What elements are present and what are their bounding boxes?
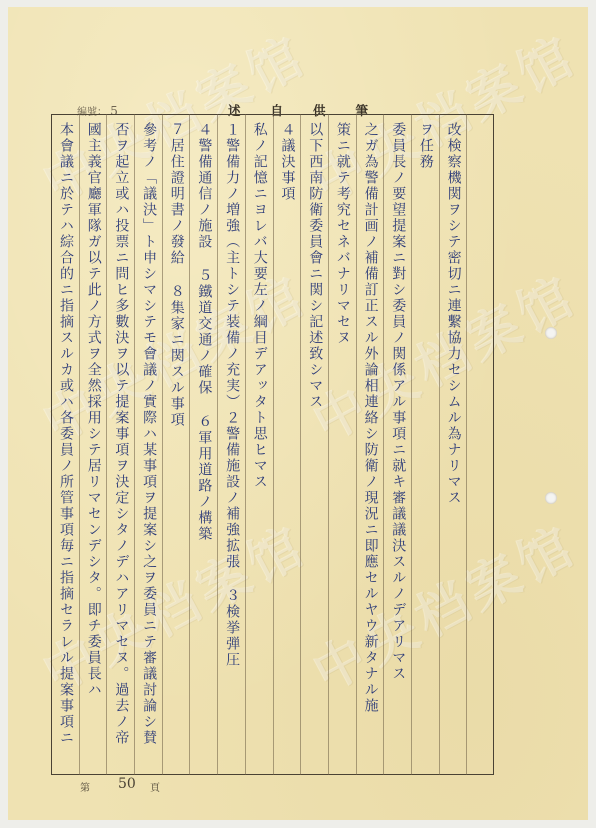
manuscript-column: ヲ任務 — [412, 122, 439, 770]
binding-hole — [545, 327, 557, 339]
manuscript-column: 改検察機関ヲシテ密切ニ連繫協力セシムル為ナリマス — [440, 122, 467, 770]
manuscript-column: ４警備通信ノ施設 ５鐵道交通ノ確保 ６軍用道路ノ構築 — [190, 122, 217, 770]
page-prefix: 第 — [80, 779, 90, 794]
manuscript-column: 委員長ノ要望提案ニ對シ委員ノ関係アル事項ニ就キ審議議決スルノデアリマス — [384, 122, 411, 770]
manuscript-column: 本會議ニ於テハ綜合的ニ指摘スルカ或ハ各委員ノ所管事項毎ニ指摘セラレル提案事項ニ — [52, 122, 79, 770]
manuscript-column: 之ガ為警備計画ノ補備訂正スル外論相連絡シ防衛ノ現況ニ即應セルヤウ新タナル施 — [357, 122, 384, 770]
manuscript-column: 參考ノ「議決」ト申シマシテモ會議ノ實際ハ某事項ヲ提案シ之ヲ委員ニテ審議討論シ賛 — [135, 122, 162, 770]
manuscript-column: １警備力ノ増強（主トシテ装備ノ充実）２警備施設ノ補強拡張 ３検挙弾圧 — [218, 122, 245, 770]
manuscript-column: 否ヲ起立或ハ投票ニ問ヒ多數決ヲ以テ提案事項ヲ決定シタノデハアリマセヌ。過去ノ帝 — [107, 122, 134, 770]
binding-hole — [545, 492, 557, 504]
page-number: 50 — [118, 776, 136, 792]
page-suffix: 頁 — [150, 779, 160, 794]
manuscript-column: 以下西南防衛委員會ニ関シ記述致シマス — [301, 122, 328, 770]
manuscript-column: 私ノ記憶ニヨレバ大要左ノ綱目デアッタト思ヒマス — [246, 122, 273, 770]
manuscript-column: ４議決事項 — [274, 122, 301, 770]
manuscript-column: 策ニ就テ考究セネバナリマセヌ — [329, 122, 356, 770]
manuscript-column: 國主義官廳軍隊ガ以テ此ノ方式ヲ全然採用シテ居リマセンデシタ。即チ委員長ハ — [80, 122, 107, 770]
manuscript-column: ７居住證明書ノ發給 ８集家ニ関スル事項 — [163, 122, 190, 770]
